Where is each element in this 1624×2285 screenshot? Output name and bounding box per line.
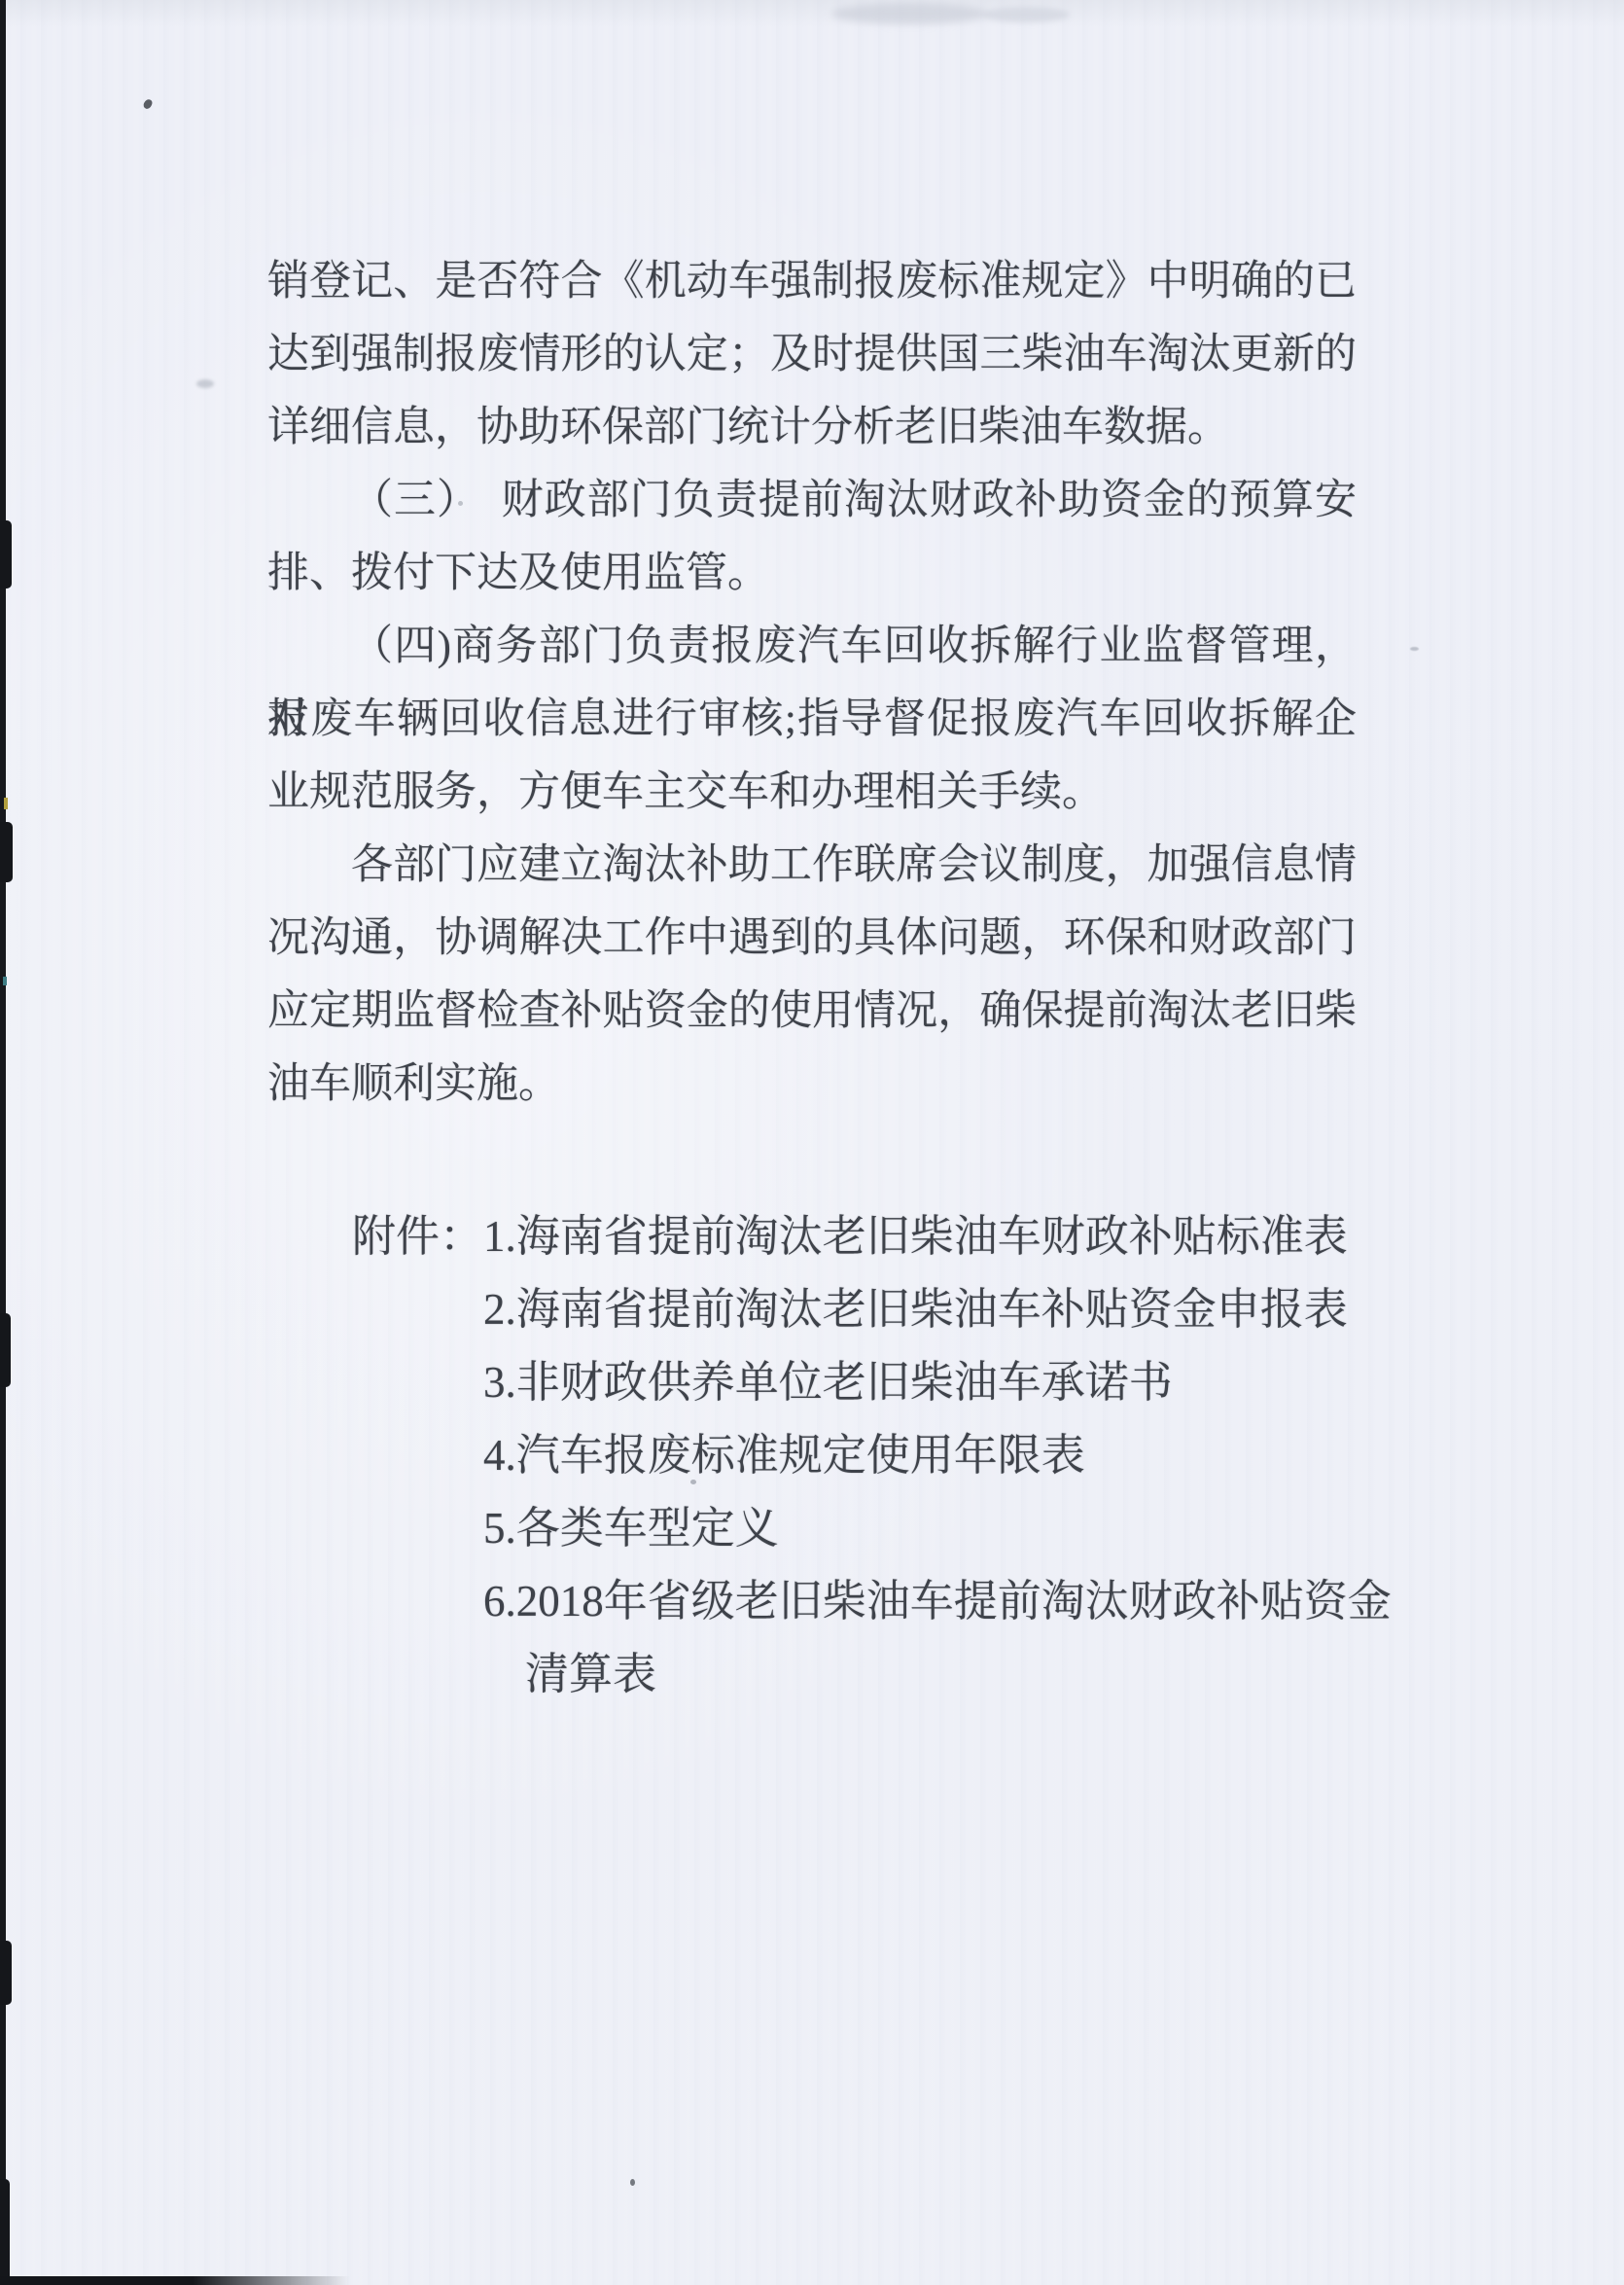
body-line: 况沟通，协调解决工作中遇到的具体问题，环保和财政部门	[267, 902, 1357, 975]
scan-artifact-color-sliver	[4, 798, 8, 809]
body-line: 排、拨付下达及使用监管。	[267, 537, 1357, 610]
scan-artifact-top-smudge	[831, 3, 987, 24]
body-line: 各部门应建立淘汰补助工作联席会议制度，加强信息情	[267, 829, 1357, 902]
attachments-list: 1.海南省提前淘汰老旧柴油车财政补贴标准表 2.海南省提前淘汰老旧柴油车补贴资金…	[483, 1200, 1392, 1711]
attachment-item-continuation: 清算表	[483, 1638, 1392, 1711]
scan-artifact-speck	[1410, 647, 1419, 651]
scan-artifact-speck	[196, 379, 214, 388]
body-line: 达到强制报废情形的认定；及时提供国三柴油车淘汰更新的	[267, 318, 1357, 391]
attachment-item: 6.2018年省级老旧柴油车提前淘汰财政补贴资金	[483, 1565, 1392, 1638]
scan-artifact-speck	[630, 2179, 635, 2186]
attachment-item: 2.海南省提前淘汰老旧柴油车补贴资金申报表	[483, 1273, 1392, 1346]
attachments-label: 附件：	[352, 1200, 483, 1273]
attachment-item: 1.海南省提前淘汰老旧柴油车财政补贴标准表	[483, 1200, 1392, 1273]
scan-artifact-top-smudge	[982, 7, 1070, 22]
body-line: 业规范服务，方便车主交车和办理相关手续。	[267, 756, 1357, 829]
body-line: 详细信息，协助环保部门统计分析老旧柴油车数据。	[267, 391, 1357, 464]
scan-artifact-edge-blob	[0, 2179, 10, 2285]
body-line: （四)商务部门负责报废汽车回收拆解行业监督管理，对	[267, 610, 1357, 683]
attachment-item: 4.汽车报废标准规定使用年限表	[483, 1419, 1392, 1492]
scan-artifact-color-sliver	[3, 977, 7, 985]
attachment-item: 5.各类车型定义	[483, 1492, 1392, 1565]
scan-artifact-edge-blob	[0, 1941, 12, 2005]
scan-artifact-edge-blob	[0, 822, 13, 882]
scan-artifact-bottom-edge	[0, 2276, 350, 2285]
body-line: （三） 财政部门负责提前淘汰财政补助资金的预算安	[267, 464, 1357, 537]
body-line: 油车顺利实施。	[267, 1048, 1357, 1121]
scan-artifact-speck	[142, 98, 153, 110]
body-line: 报废车辆回收信息进行审核;指导督促报废汽车回收拆解企	[267, 683, 1357, 756]
scan-artifact-edge-blob	[0, 1313, 11, 1387]
attachments-row: 附件： 1.海南省提前淘汰老旧柴油车财政补贴标准表 2.海南省提前淘汰老旧柴油车…	[352, 1200, 1392, 1711]
scan-artifact-edge-blob	[0, 520, 12, 589]
attachment-item: 3.非财政供养单位老旧柴油车承诺书	[483, 1346, 1392, 1419]
body-line: 销登记、是否符合《机动车强制报废标准规定》中明确的已	[267, 245, 1357, 318]
attachments-section: 附件： 1.海南省提前淘汰老旧柴油车财政补贴标准表 2.海南省提前淘汰老旧柴油车…	[352, 1200, 1392, 1711]
document-page: 销登记、是否符合《机动车强制报废标准规定》中明确的已 达到强制报废情形的认定；及…	[0, 0, 1624, 2285]
body-line: 应定期监督检查补贴资金的使用情况，确保提前淘汰老旧柴	[267, 975, 1357, 1048]
document-text: 销登记、是否符合《机动车强制报废标准规定》中明确的已 达到强制报废情形的认定；及…	[267, 245, 1357, 1121]
